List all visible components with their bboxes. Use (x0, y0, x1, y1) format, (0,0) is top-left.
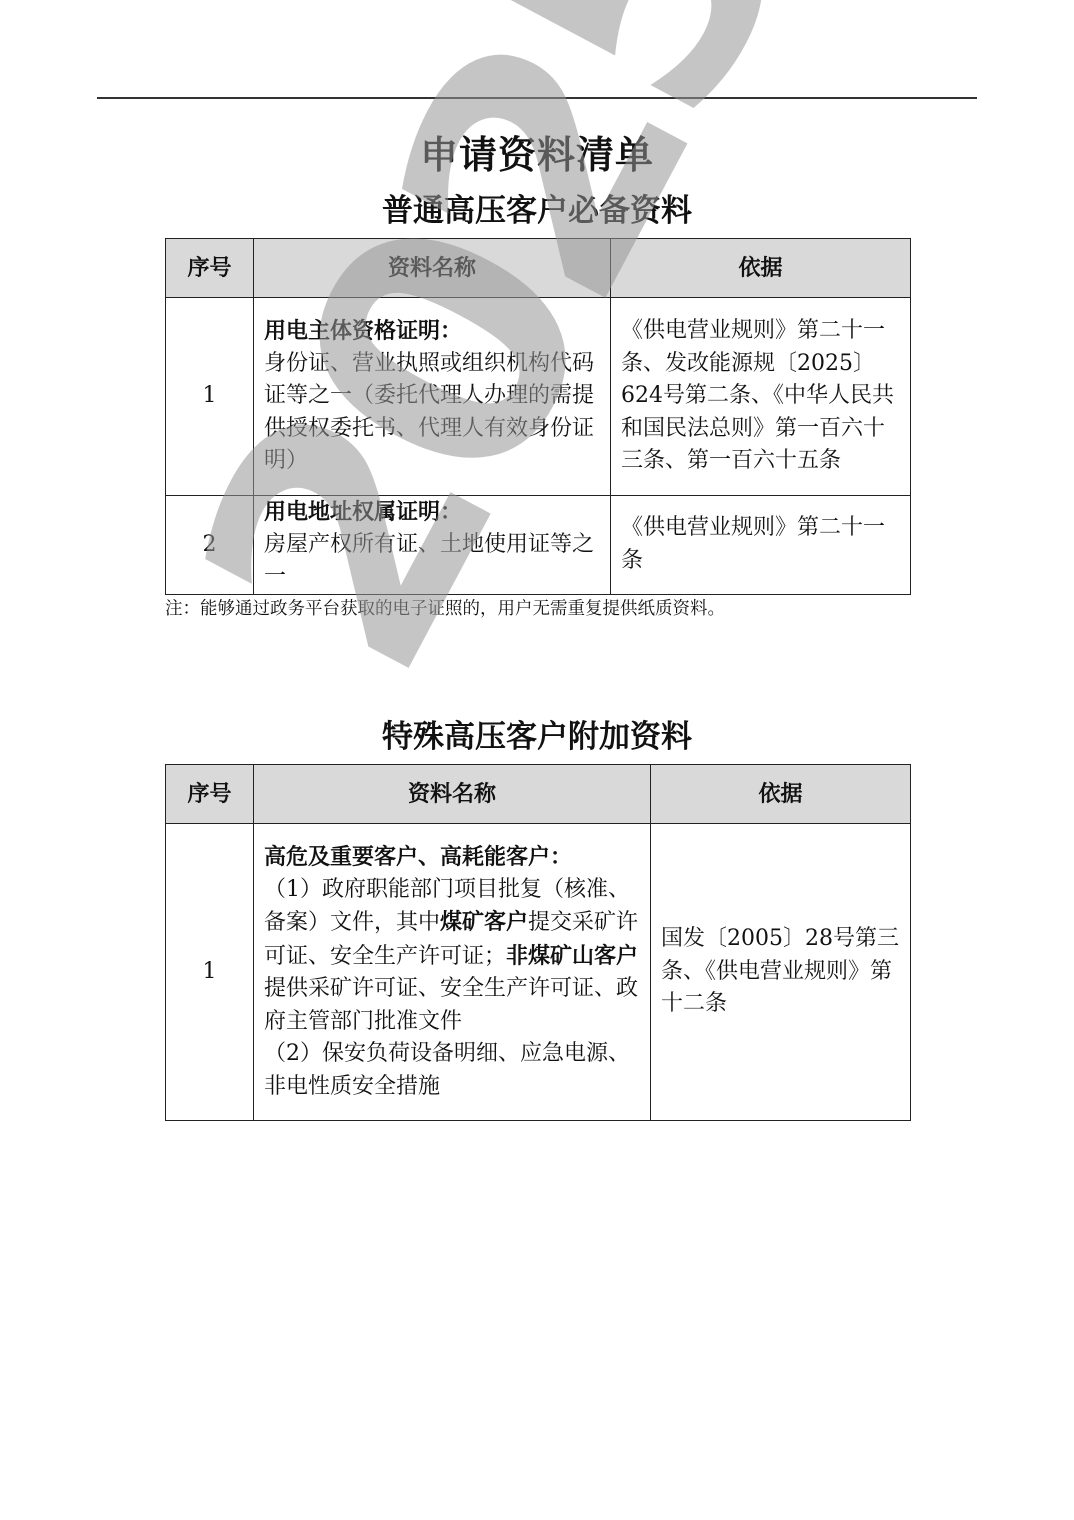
item-emphasis: 非煤矿山客户 (506, 943, 638, 969)
col-header-no: 序号 (166, 239, 254, 298)
material-description: 身份证、营业执照或组织机构代码证等之一（委托代理人办理的需提供授权委托书、代理人… (264, 348, 602, 478)
col-header-name: 资料名称 (254, 765, 651, 824)
page-title: 申请资料清单 (0, 130, 1074, 180)
table-row: 1 用电主体资格证明： 身份证、营业执照或组织机构代码证等之一（委托代理人办理的… (166, 298, 911, 496)
header-rule (97, 97, 977, 99)
col-header-basis: 依据 (611, 239, 911, 298)
item-text: 提供采矿许可证、安全生产许可证、政府主管部门批准文件 (264, 976, 638, 1034)
section1-heading: 普通高压客户必备资料 (0, 190, 1074, 232)
col-header-basis: 依据 (651, 765, 911, 824)
footnote: 注：能够通过政务平台获取的电子证照的，用户无需重复提供纸质资料。 (165, 597, 725, 621)
material-item-1: （1）政府职能部门项目批复（核准、备案）文件，其中煤矿客户提交采矿许可证、安全生… (264, 874, 642, 1039)
item-emphasis: 煤矿客户 (440, 909, 528, 935)
row-number: 1 (166, 298, 254, 496)
material-name: 用电地址权属证明： 房屋产权所有证、土地使用证等之一 (254, 496, 611, 595)
row-number: 1 (166, 824, 254, 1121)
table-row: 2 用电地址权属证明： 房屋产权所有证、土地使用证等之一 《供电营业规则》第二十… (166, 496, 911, 595)
material-item-2: （2）保安负荷设备明细、应急电源、非电性质安全措施 (264, 1038, 642, 1103)
section2-heading: 特殊高压客户附加资料 (0, 716, 1074, 758)
section1-table: 序号 资料名称 依据 1 用电主体资格证明： 身份证、营业执照或组织机构代码证等… (165, 238, 911, 595)
material-description: 房屋产权所有证、土地使用证等之一 (264, 529, 602, 594)
legal-basis: 《供电营业规则》第二十一条 (611, 496, 911, 595)
material-title: 高危及重要客户、高耗能客户： (264, 841, 642, 874)
material-title: 用电地址权属证明： (264, 496, 602, 529)
row-number: 2 (166, 496, 254, 595)
table-header-row: 序号 资料名称 依据 (166, 239, 911, 298)
section2-table: 序号 资料名称 依据 1 高危及重要客户、高耗能客户： （1）政府职能部门项目批… (165, 764, 911, 1121)
material-name: 高危及重要客户、高耗能客户： （1）政府职能部门项目批复（核准、备案）文件，其中… (254, 824, 651, 1121)
material-name: 用电主体资格证明： 身份证、营业执照或组织机构代码证等之一（委托代理人办理的需提… (254, 298, 611, 496)
table-header-row: 序号 资料名称 依据 (166, 765, 911, 824)
col-header-no: 序号 (166, 765, 254, 824)
material-title: 用电主体资格证明： (264, 315, 602, 348)
table-row: 1 高危及重要客户、高耗能客户： （1）政府职能部门项目批复（核准、备案）文件，… (166, 824, 911, 1121)
legal-basis: 国发〔2005〕28号第三条、《供电营业规则》第十二条 (651, 824, 911, 1121)
col-header-name: 资料名称 (254, 239, 611, 298)
legal-basis: 《供电营业规则》第二十一条、发改能源规〔2025〕624号第二条、《中华人民共和… (611, 298, 911, 496)
